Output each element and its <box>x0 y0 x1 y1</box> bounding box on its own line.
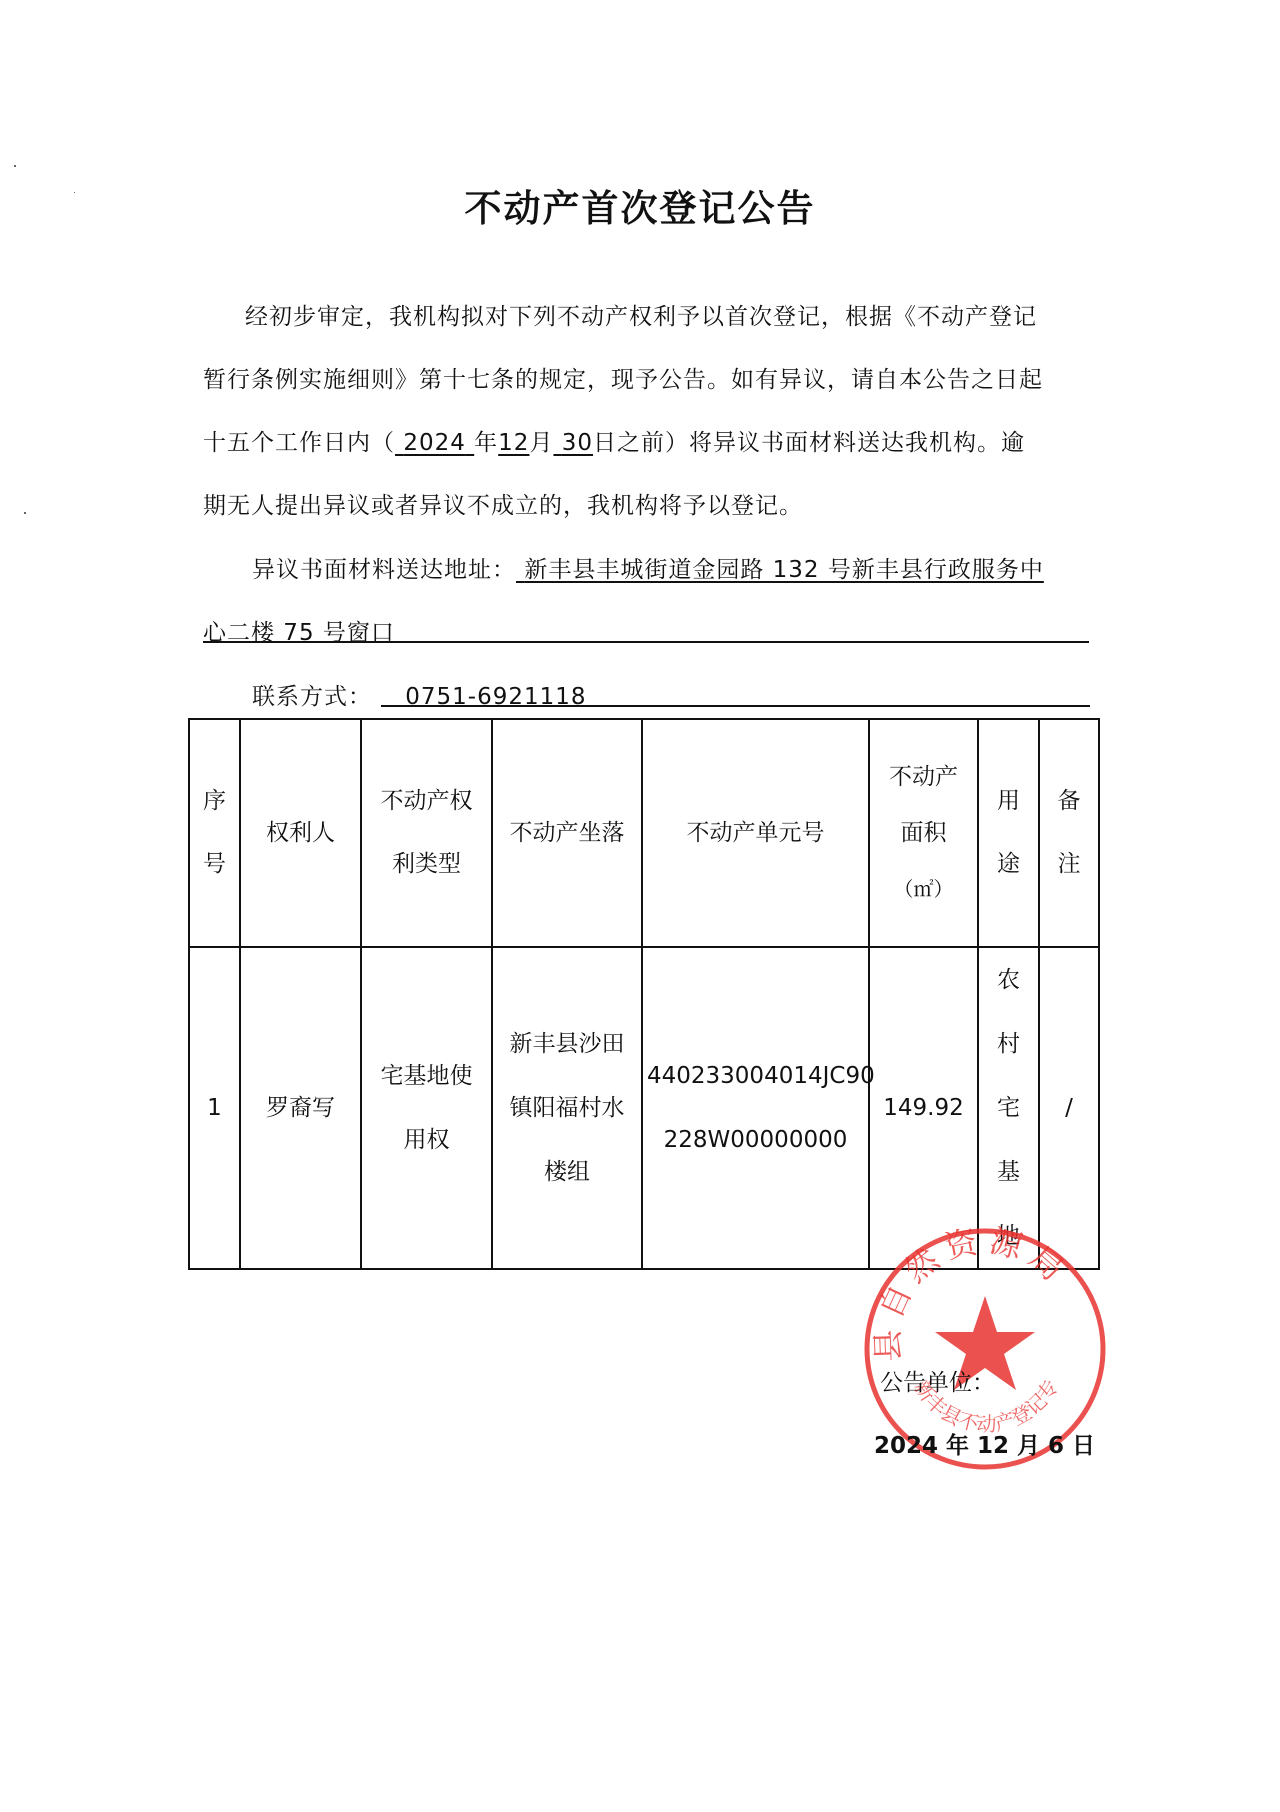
body-line-3-prefix: 十五个工作日内（ <box>203 430 395 456</box>
header-right-type: 不动产权利类型 <box>361 719 492 947</box>
page-title: 不动产首次登记公告 <box>0 178 1280 232</box>
issue-date: 2024 年 12 月 6 日 <box>874 1427 1095 1460</box>
deadline-year: 2024 <box>395 430 474 456</box>
year-char: 年 <box>474 430 498 456</box>
header-holder: 权利人 <box>240 719 361 947</box>
body-line-3: 十五个工作日内（ 2024 年12月 30日之前）将异议书面材料送达我机构。逾 <box>203 424 1025 457</box>
contact-label: 联系方式： <box>252 684 372 710</box>
deadline-day: 30 <box>553 430 593 456</box>
header-seq: 序号 <box>189 719 240 947</box>
body-line-2: 暂行条例实施细则》第十七条的规定，现予公告。如有异议，请自本公告之日起 <box>203 361 1043 394</box>
cell-location: 新丰县沙田镇阳福村水楼组 <box>492 947 642 1269</box>
address-label: 异议书面材料送达地址： <box>252 557 516 583</box>
table-header-row: 序号 权利人 不动产权利类型 不动产坐落 不动产单元号 不动产面积（㎡） 用途 … <box>189 719 1099 947</box>
registration-table: 序号 权利人 不动产权利类型 不动产坐落 不动产单元号 不动产面积（㎡） 用途 … <box>188 718 1100 1270</box>
body-line-1: 经初步审定，我机构拟对下列不动产权利予以首次登记，根据《不动产登记 <box>245 298 1037 331</box>
address-line-1: 异议书面材料送达地址： 新丰县丰城街道金园路 132 号新丰县行政服务中 <box>252 551 1044 584</box>
scan-speck <box>14 165 16 167</box>
header-area: 不动产面积（㎡） <box>869 719 978 947</box>
header-location: 不动产坐落 <box>492 719 642 947</box>
body-line-4: 期无人提出异议或者异议不成立的，我机构将予以登记。 <box>203 487 803 520</box>
header-remark: 备注 <box>1039 719 1099 947</box>
issuer-label: 公告单位： <box>880 1364 995 1397</box>
address-value-1: 新丰县丰城街道金园路 132 号新丰县行政服务中 <box>516 557 1044 583</box>
header-unit-no: 不动产单元号 <box>642 719 869 947</box>
address-underline <box>203 641 1089 643</box>
deadline-month: 12 <box>498 430 529 456</box>
cell-unit-no: 440233004014JC90228W00000000 <box>642 947 869 1269</box>
body-line-3-suffix: 日之前）将异议书面材料送达我机构。逾 <box>593 430 1025 456</box>
header-usage: 用途 <box>978 719 1039 947</box>
cell-area: 149.92 <box>869 947 978 1269</box>
cell-seq: 1 <box>189 947 240 1269</box>
cell-right-type: 宅基地使用权 <box>361 947 492 1269</box>
scan-speck <box>24 512 26 514</box>
cell-remark: / <box>1039 947 1099 1269</box>
month-char: 月 <box>529 430 553 456</box>
cell-usage: 农村宅基地 <box>978 947 1039 1269</box>
cell-holder: 罗裔写 <box>240 947 361 1269</box>
contact-underline <box>381 705 1090 707</box>
table-row: 1 罗裔写 宅基地使用权 新丰县沙田镇阳福村水楼组 440233004014JC… <box>189 947 1099 1269</box>
